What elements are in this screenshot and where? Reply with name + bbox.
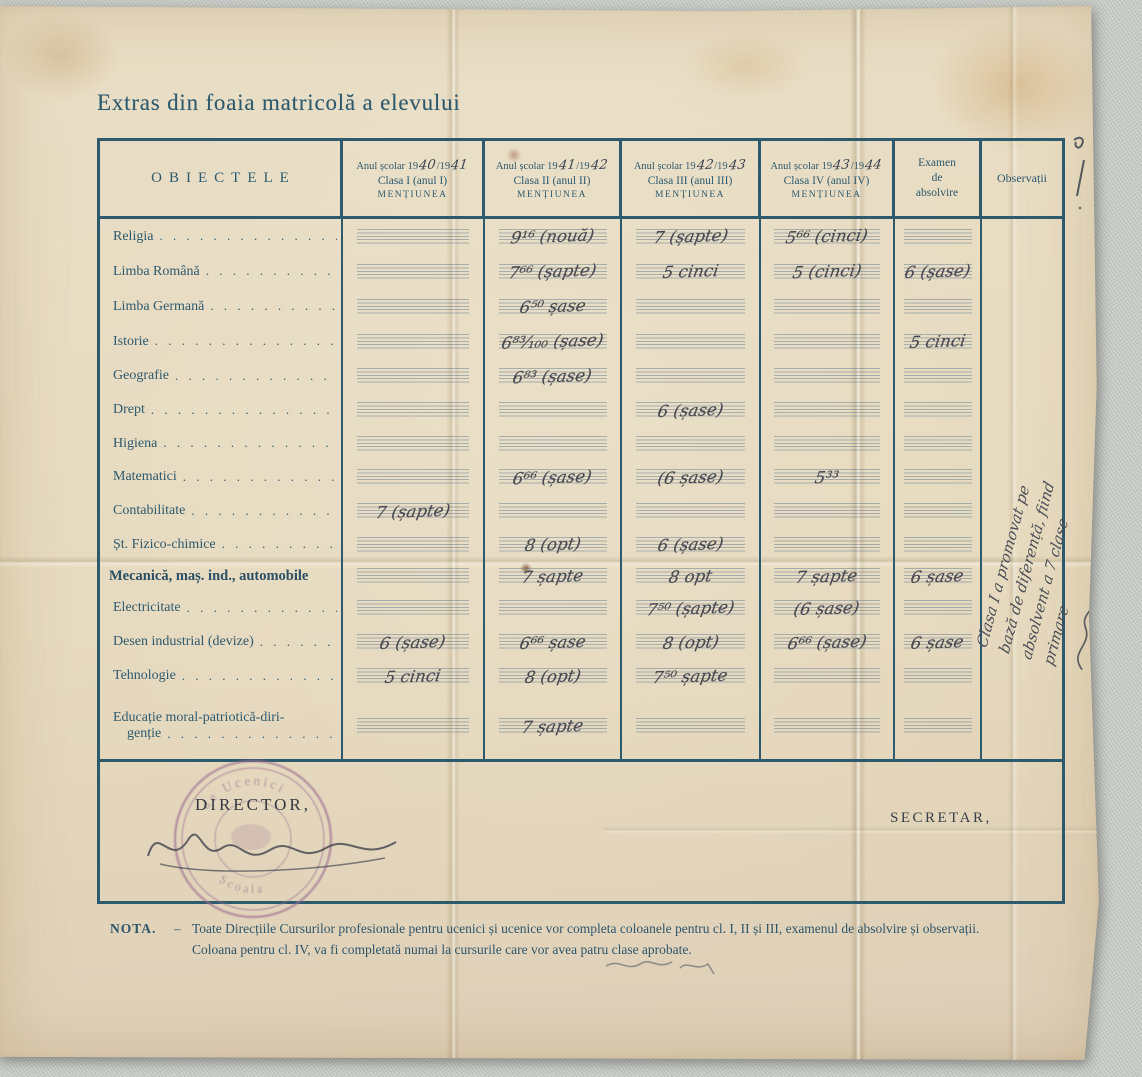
table-row: Desen industrial (devize)6 (șase)6⁶⁶ șas… [100,625,1062,659]
grade-cell [343,528,485,561]
mentiunea-label: MENȚIUNEA [655,190,725,200]
observatii-cell [982,254,1062,289]
ruled-lines [357,299,469,315]
grade-cell [622,693,761,759]
grade-cell [343,324,485,359]
subject-label: Limba Germană [100,289,343,324]
handwritten-grade: 6 șase [910,632,966,653]
grade-cell: 7 (șapte) [622,219,761,254]
dot-leader [187,600,337,617]
grade-cell: 8 (opt) [622,625,761,659]
grade-cell [343,693,485,759]
ruled-lines [357,402,469,418]
ruled-lines [904,299,972,315]
ruled-lines [357,600,469,616]
grade-cell: 6⁸³ (șase) [485,359,622,393]
handwritten-grade: 7⁵⁰ (șapte) [645,597,736,619]
paper-stain [656,16,836,116]
subject-label: Religia [100,219,343,254]
nota-section: NOTA. – Toate Direcțiile Cursurilor prof… [110,918,1040,960]
handwritten-grade: 5⁶⁶ (cinci) [784,226,869,248]
dot-leader [206,263,337,280]
header-obiectele: OBIECTELE [100,141,343,216]
table-row: Educație moral-patriotică-diri-genție7 ș… [100,693,1062,759]
header-obiectele-label: OBIECTELE [151,170,296,187]
document-paper: Extras din foaia matricolă a elevului OB… [0,6,1100,1060]
grade-cell [895,427,982,460]
table-row: Istorie6⁸³⁄₁₀₀ (șase)5 cinci [100,324,1062,359]
ruled-lines [357,264,469,280]
grade-cell [485,427,622,460]
handwritten-grade: 6 (șase) [379,631,448,652]
mentiunea-label: MENȚIUNEA [792,190,862,200]
grade-cell: 6⁵⁰ șase [485,289,622,324]
grade-cell: 6⁸³⁄₁₀₀ (șase) [485,324,622,359]
ruled-lines [774,436,880,452]
ruled-lines [636,436,746,452]
handwritten-grade: 5 (cinci) [791,261,863,282]
ruled-lines [499,436,607,452]
class-label: Clasa I (anul I) [378,175,447,187]
grade-cell: 5 (cinci) [761,254,895,289]
grade-cell [895,359,982,393]
grade-cell: 5 cinci [895,324,982,359]
ruled-lines [357,229,469,245]
handwritten-grade: 8 (opt) [523,534,582,555]
handwritten-grade: 7⁵⁰ șapte [652,665,730,687]
table-row: Electricitate7⁵⁰ (șapte)(6 șase) [100,591,1062,625]
transcript-table: OBIECTELE Anul școlar 1940/1941 Clasa I … [97,138,1065,904]
ruled-lines [357,718,469,734]
grade-cell [895,659,982,693]
secretar-label: SECRETAR, [890,810,992,827]
subject-label: Educație moral-patriotică-diri-genție [100,693,343,759]
table-row: Drept6 (șase) [100,393,1062,427]
nota-label: NOTA. [110,918,156,939]
dot-leader [191,503,337,520]
grade-cell [485,591,622,625]
table-row: Limba Română7⁶⁶ (șapte)5 cinci5 (cinci)6… [100,254,1062,289]
ruled-lines [774,299,880,315]
grade-cell: 7 șapte [485,561,622,591]
ruled-lines [904,718,972,734]
ruled-lines [774,668,880,684]
class-label: Clasa III (anul III) [648,175,733,187]
table-row: Contabilitate7 (șapte) [100,494,1062,528]
grade-cell [343,254,485,289]
grade-cell [622,289,761,324]
table-row: Matematici6⁶⁶ (șase)(6 șase)5³³ [100,460,1062,494]
ruled-lines [636,503,746,519]
grade-cell [622,324,761,359]
grade-cell: 5 cinci [622,254,761,289]
subject-label: Tehnologie [100,659,343,693]
grade-cell [622,427,761,460]
grade-cell [343,460,485,494]
grade-cell [485,393,622,427]
grade-cell [895,528,982,561]
table-row: Limba Germană6⁵⁰ șase [100,289,1062,324]
subject-label: Higiena [100,427,343,460]
ruled-lines [774,718,880,734]
dot-leader [155,333,337,350]
document-title: Extras din foaia matricolă a elevului [97,90,461,116]
grade-cell: 6 șase [895,625,982,659]
school-year-line: Anul școlar 1942/1943 [634,158,746,173]
grade-cell [761,359,895,393]
handwritten-grade: 6⁶⁶ șase [518,631,587,652]
grade-cell [761,693,895,759]
ink-marks [1068,134,1098,214]
header-year-4: Anul școlar 1943/1944 Clasa IV (anul IV)… [761,141,895,216]
subject-label: Desen industrial (devize) [100,625,343,659]
ruled-lines [904,436,972,452]
grade-cell: 9¹⁶ (nouă) [485,219,622,254]
grade-cell: 6⁶⁶ (șase) [485,460,622,494]
table-row: Higiena [100,427,1062,460]
grade-cell: 7 șapte [761,561,895,591]
signature-block: de Ucenici Școala DIRECTOR, SECRETAR, [100,759,1062,901]
grade-cell [895,289,982,324]
table-row: Geografie6⁸³ (șase) [100,359,1062,393]
grade-cell [343,289,485,324]
subject-label: Mecanică, maș. ind., automobile [100,561,343,591]
handwritten-grade: 6⁶⁶ (șase) [512,466,594,488]
class-label: Clasa II (anul II) [514,175,591,187]
subject-label: Electricitate [100,591,343,625]
grade-cell: 7⁵⁰ șapte [622,659,761,693]
grade-cell: (6 șase) [761,591,895,625]
grade-cell [622,359,761,393]
header-observatii: Observații [982,141,1062,216]
header-year-2: Anul școlar 1941/1942 Clasa II (anul II)… [485,141,622,216]
observatii-cell [982,219,1062,254]
table-header: OBIECTELE Anul școlar 1940/1941 Clasa I … [100,141,1062,219]
subject-label: Contabilitate [100,494,343,528]
grade-cell [622,494,761,528]
observatii-cell [982,693,1062,759]
ruled-lines [357,334,469,350]
handwritten-grade: 7 (șapte) [652,226,729,248]
ruled-lines [904,469,972,485]
handwritten-grade: 8 (opt) [523,666,582,687]
ruled-lines [904,229,972,245]
subject-label: Drept [100,393,343,427]
grade-cell: 5 cinci [343,659,485,693]
grade-cell [343,219,485,254]
grade-cell: 7⁵⁰ (șapte) [622,591,761,625]
handwritten-year: 41 [558,157,576,173]
handwritten-year: 43 [832,157,850,173]
handwritten-grade: 5 cinci [384,666,443,687]
grade-cell: 6 (șase) [622,528,761,561]
nota-dash: – [174,918,181,939]
handwritten-grade: 6 șase [910,566,966,587]
ruled-lines [904,668,972,684]
photo-of-document: { "title": "Extras din foaia matricolă a… [0,0,1142,1077]
table-body: Religia9¹⁶ (nouă)7 (șapte)5⁶⁶ (cinci)Lim… [100,219,1062,759]
ruled-lines [904,402,972,418]
ruled-lines [357,469,469,485]
mentiunea-label: MENȚIUNEA [378,190,448,200]
handwritten-year: 44 [864,157,882,173]
handwritten-year: 43 [728,157,746,173]
ruled-lines [357,537,469,553]
mentiunea-label: MENȚIUNEA [517,190,587,200]
dot-leader [222,536,337,553]
grade-cell [343,359,485,393]
dot-leader [163,435,337,452]
header-examen: Examen de absolvire [895,141,982,216]
grade-cell [761,324,895,359]
director-label: DIRECTOR, [195,795,311,815]
grade-cell [895,393,982,427]
grade-cell: 5⁶⁶ (cinci) [761,219,895,254]
handwritten-grade: 5³³ [814,467,841,487]
dot-leader [167,726,337,743]
handwritten-grade: 8 (opt) [661,632,720,653]
handwritten-grade: 6 (șase) [903,261,972,282]
handwritten-year: 42 [590,157,608,173]
school-year-line: Anul școlar 1943/1944 [770,158,882,173]
director-signature [140,814,410,874]
ruled-lines [499,600,607,616]
subject-label: Matematici [100,460,343,494]
grade-cell [761,494,895,528]
grade-cell [895,219,982,254]
grade-cell: 5³³ [761,460,895,494]
school-year-line: Anul școlar 1940/1941 [356,158,468,173]
grade-cell [895,460,982,494]
handwritten-grade: 7⁶⁶ (șapte) [507,260,598,282]
dot-leader [183,469,337,486]
handwritten-grade: 7 șapte [795,565,859,586]
subject-label: Șt. Fizico-chimice [100,528,343,561]
dot-leader [151,402,337,419]
grade-cell: 7 șapte [485,693,622,759]
grade-cell: 6⁶⁶ șase [485,625,622,659]
dot-leader [260,634,337,651]
grade-cell [343,393,485,427]
nota-line-1: Toate Direcțiile Cursurilor profesionale… [192,921,979,936]
handwritten-grade: (6 șase) [656,466,725,487]
ruled-lines [904,600,972,616]
handwritten-grade: 6 (șase) [656,534,725,555]
grade-cell: 6⁶⁶ (șase) [761,625,895,659]
handwritten-year: 40 [418,157,436,173]
ruled-lines [499,402,607,418]
grade-cell: 8 (opt) [485,528,622,561]
grade-cell [761,659,895,693]
grade-cell: 8 (opt) [485,659,622,693]
table-row: Mecanică, maș. ind., automobile7 șapte8 … [100,561,1062,591]
handwritten-grade: 7 șapte [520,565,584,586]
class-label: Clasa IV (anul IV) [784,175,870,187]
handwritten-grade: 6⁵⁰ șase [518,296,587,317]
grade-cell [895,693,982,759]
ruled-lines [636,334,746,350]
ruled-lines [774,537,880,553]
grade-cell: (6 șase) [622,460,761,494]
handwritten-grade: 9¹⁶ (nouă) [509,226,595,248]
ruled-lines [904,537,972,553]
ruled-lines [774,402,880,418]
handwritten-grade: 6⁸³⁄₁₀₀ (șase) [500,330,605,353]
ruled-lines [774,368,880,384]
ruled-lines [904,503,972,519]
table-row: Tehnologie5 cinci8 (opt)7⁵⁰ șapte [100,659,1062,693]
grade-cell: 6 (șase) [895,254,982,289]
handwritten-grade: 5 cinci [661,261,720,282]
grade-cell [895,494,982,528]
grade-cell: 8 opt [622,561,761,591]
grade-cell [895,591,982,625]
grade-cell [761,393,895,427]
ruled-lines [636,299,746,315]
grade-cell [343,591,485,625]
grade-cell: 7⁶⁶ (șapte) [485,254,622,289]
grade-cell: 7 (șapte) [343,494,485,528]
ruled-lines [636,368,746,384]
handwritten-grade: 6⁶⁶ (șase) [786,631,868,653]
grade-cell [761,528,895,561]
ruled-lines [357,368,469,384]
ruled-lines [636,718,746,734]
grade-cell: 6 (șase) [622,393,761,427]
handwritten-grade: 8 opt [667,566,713,586]
handwritten-grade: 6 (șase) [656,399,725,420]
dot-leader [159,228,337,245]
ruled-lines [499,503,607,519]
grade-cell [485,494,622,528]
table-row: Șt. Fizico-chimice8 (opt)6 (șase) [100,528,1062,561]
subject-label: Limba Română [100,254,343,289]
handwritten-year: 41 [450,157,468,173]
grade-cell: 6 șase [895,561,982,591]
school-year-line: Anul școlar 1941/1942 [496,158,608,173]
handwritten-year: 42 [696,157,714,173]
handwritten-grade: (6 șase) [793,597,862,618]
handwritten-grade: 5 cinci [908,331,967,352]
photo-background: Extras din foaia matricolă a elevului OB… [0,0,1142,1077]
handwritten-grade: 6⁸³ (șase) [512,365,594,387]
handwritten-grade: 7 șapte [520,715,584,736]
handwritten-grade: 7 (șapte) [374,500,451,522]
nota-line-2: Coloana pentru cl. IV, va fi completată … [192,939,1040,960]
ruled-lines [774,334,880,350]
header-year-1: Anul școlar 1940/1941 Clasa I (anul I) M… [343,141,485,216]
subject-label: Istorie [100,324,343,359]
header-year-3: Anul școlar 1942/1943 Clasa III (anul II… [622,141,761,216]
grade-cell: 6 (șase) [343,625,485,659]
subject-label: Geografie [100,359,343,393]
dot-leader [175,368,337,385]
dot-leader [182,668,337,685]
table-row: Religia9¹⁶ (nouă)7 (șapte)5⁶⁶ (cinci) [100,219,1062,254]
grade-cell [343,561,485,591]
observatii-cell [982,289,1062,324]
grade-cell [343,427,485,460]
nota-text: Toate Direcțiile Cursurilor profesionale… [192,918,1040,960]
grade-cell [761,289,895,324]
ruled-lines [904,368,972,384]
dot-leader [210,298,337,315]
ruled-lines [774,503,880,519]
ruled-lines [357,436,469,452]
ruled-lines [357,568,469,584]
grade-cell [761,427,895,460]
